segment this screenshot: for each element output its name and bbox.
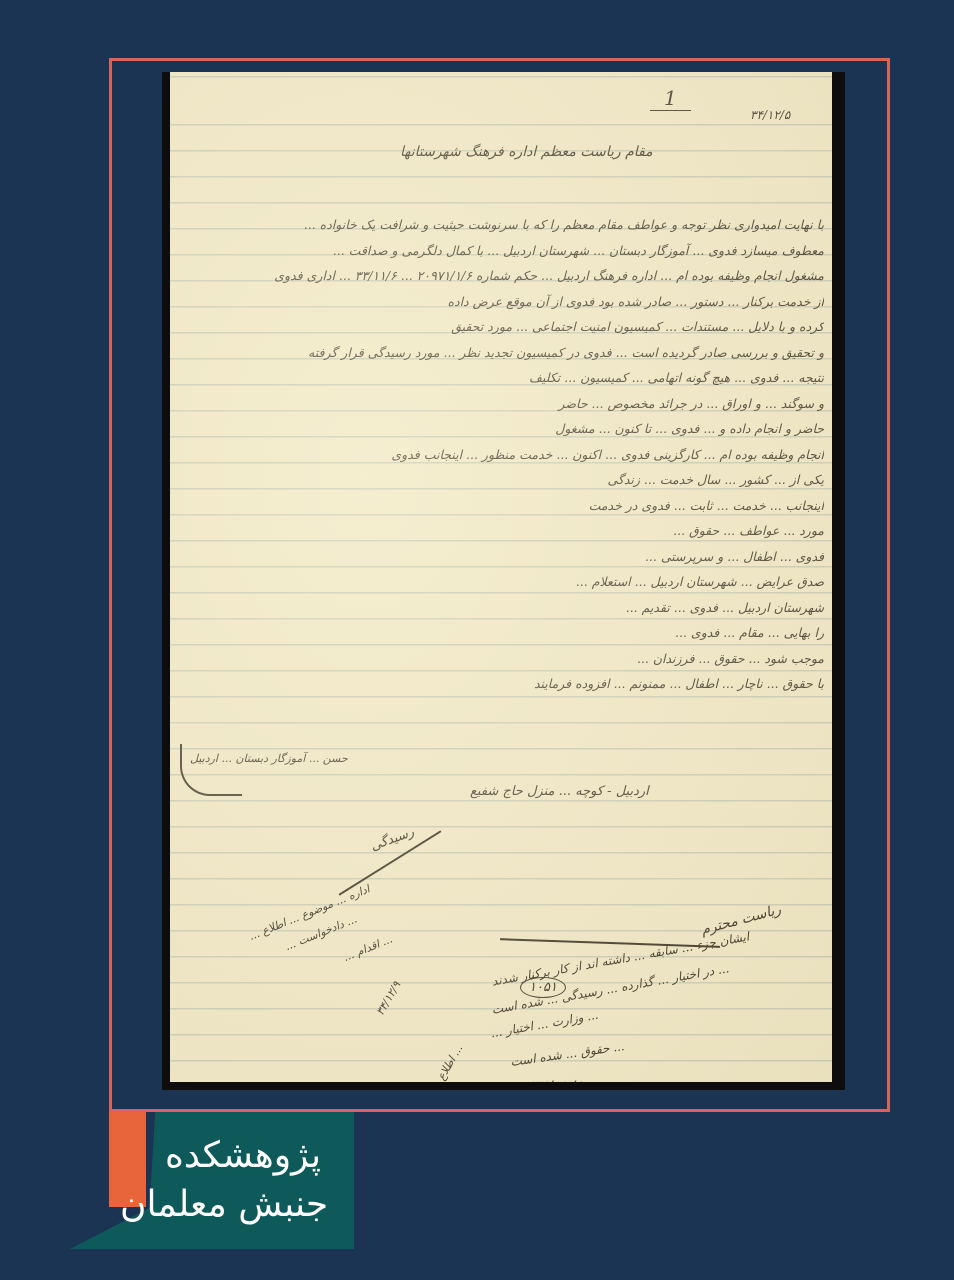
annotation-right-4: ... حقوق ... شده است [510, 1039, 626, 1069]
body-line: اینجانب ... خدمت ... ثابت ... فدوی در خد… [174, 493, 824, 519]
page-number: 1 [650, 86, 691, 111]
body-line: و تحقیق و بررسی صادر گردیده است ... فدوی… [174, 340, 824, 366]
body-line: شهرستان اردبیل ... فدوی ... تقدیم ... [174, 595, 824, 621]
body-line: صدق عرایض ... شهرستان اردبیل ... استعلام… [174, 569, 824, 595]
logo-title-line-1: پژوهشکده [165, 1138, 321, 1174]
signature-line: حسن ... آموزگار دبستان ... اردبیل [190, 752, 348, 765]
archival-document: 1 ۳۴/۱۲/۵ مقام ریاست معظم اداره فرهنگ شه… [170, 72, 832, 1082]
annotation-date-bottom: ۳۴/۱۲/۹ [530, 1077, 584, 1082]
document-date: ۳۴/۱۲/۵ [750, 108, 790, 122]
body-line: کرده و با دلایل ... مستندات ... کمیسیون … [174, 314, 824, 340]
circled-number: ۱۰۵۱ [520, 977, 566, 998]
annotation-signature: ... اطلاع ... [428, 1042, 466, 1082]
body-line: مورد ... عواطف ... حقوق ... [174, 518, 824, 544]
body-line: با حقوق ... ناچار ... اطفال ... ممنونم .… [174, 671, 824, 697]
salutation: مقام ریاست معظم اداره فرهنگ شهرستانها [400, 144, 653, 160]
body-line: یکی از ... کشور ... سال خدمت ... زندگی [174, 467, 824, 493]
body-line: انجام وظیفه بوده ام ... کارگزینی فدوی ..… [174, 442, 824, 468]
body-line: معطوف میسازد فدوی ... آموزگار دبستان ...… [174, 238, 824, 264]
body-line: حاضر و انجام داده و ... فدوی ... تا کنون… [174, 416, 824, 442]
body-line: نتیجه ... فدوی ... هیچ گونه اتهامی ... ک… [174, 365, 824, 391]
address-line: اردبیل - کوچه ... منزل حاج شفیع [470, 784, 649, 799]
body-line: را بهایی ... مقام ... فدوی ... [174, 620, 824, 646]
annotation-left-3: ... اقدام ... [341, 932, 394, 964]
annotation-date-left: ۳۴/۱۲/۹ [374, 979, 404, 1018]
body-line: فدوی ... اطفال ... و سرپرستی ... [174, 544, 824, 570]
body-line: از خدمت برکنار ... دستور ... صادر شده بو… [174, 289, 824, 315]
body-line: و سوگند ... و اوراق ... در جرائد مخصوص .… [174, 391, 824, 417]
body-line: موجب شود ... حقوق ... فرزندان ... [174, 646, 824, 672]
logo-title-line-2: جنبش معلمان [120, 1187, 328, 1223]
body-line: مشغول انجام وظیفه بوده ام ... اداره فرهن… [174, 263, 824, 289]
body-line: با نهایت امیدواری نظر توجه و عواطف مقام … [174, 212, 824, 238]
letter-body: با نهایت امیدواری نظر توجه و عواطف مقام … [174, 212, 824, 697]
